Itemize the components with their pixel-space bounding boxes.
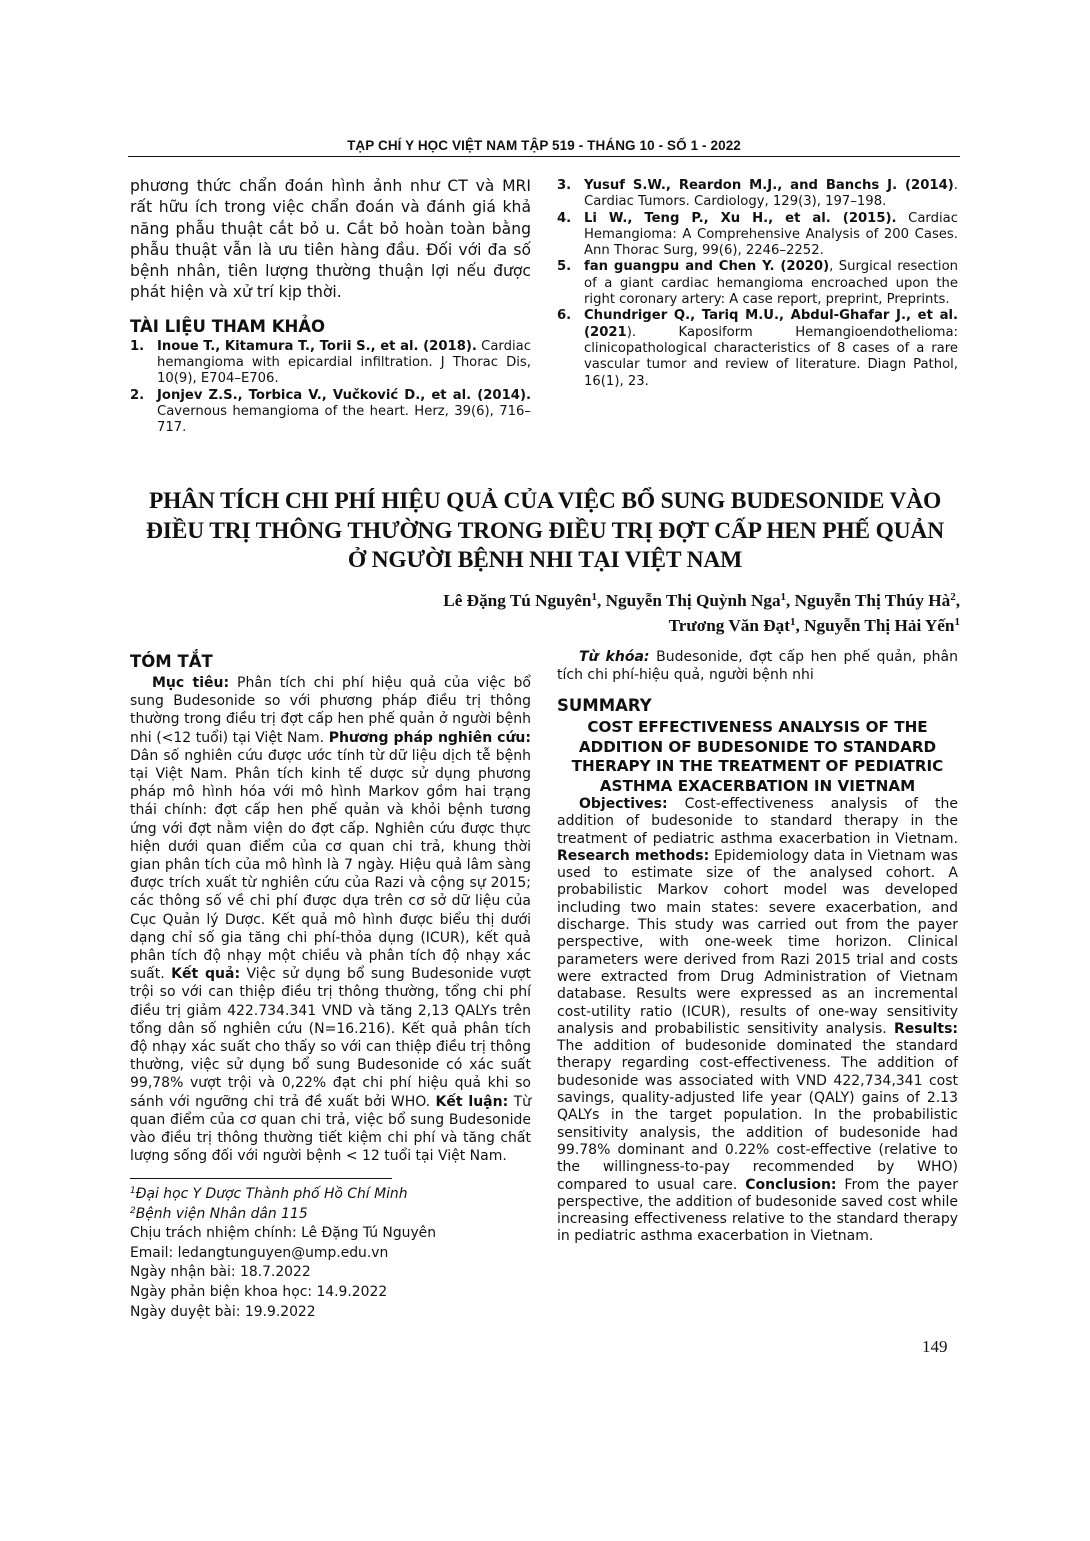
article-title-line: ĐIỀU TRỊ THÔNG THƯỜNG TRONG ĐIỀU TRỊ ĐỢT… [130,517,960,547]
keywords: Từ khóa: Budesonide, đợt cấp hen phế quả… [557,648,958,684]
label-methods: Phương pháp nghiên cứu: [329,730,531,746]
vietnamese-abstract: TÓM TẮT Mục tiêu: Phân tích chi phí hiệu… [130,652,531,1165]
english-title: COST EFFECTIVENESS ANALYSIS OF THE ADDIT… [557,718,958,796]
label-results: Kết quả: [171,966,240,982]
label-objectives: Objectives: [579,796,668,812]
label-results: Results: [894,1021,958,1037]
article-title: PHÂN TÍCH CHI PHÍ HIỆU QUẢ CỦA VIỆC BỔ S… [130,487,960,576]
corresponding-author: Chịu trách nhiệm chính: Lê Đặng Tú Nguyê… [130,1224,530,1244]
abstract-heading-vn: TÓM TẮT [130,652,531,672]
reference-item: 3. Yusuf S.W., Reardon M.J., and Banchs … [557,178,958,211]
reference-authors: Li W., Teng P., Xu H., et al. (2015). [584,211,897,226]
english-summary-column: Từ khóa: Budesonide, đợt cấp hen phế quả… [557,648,958,1246]
abstract-body-en: Objectives: Cost-effectiveness analysis … [557,796,958,1246]
label-conclusion: Conclusion: [745,1177,836,1193]
reference-item: 4. Li W., Teng P., Xu H., et al. (2015).… [557,211,958,260]
journal-running-header: TẠP CHÍ Y HỌC VIỆT NAM TẬP 519 - THÁNG 1… [128,138,960,157]
author-separator: , [786,591,795,610]
reference-item: 5. fan guangpu and Chen Y. (2020), Surgi… [557,259,958,308]
label-research-methods: Research methods: [557,848,709,864]
affiliation-text: Đại học Y Dược Thành phố Hồ Chí Minh [136,1186,408,1202]
author-name: Nguyễn Thị Quỳnh Nga [606,591,781,610]
abstract-body-vn: Mục tiêu: Phân tích chi phí hiệu quả của… [130,674,531,1165]
reference-number: 1. [130,339,144,355]
reference-authors: Inoue T., Kitamura T., Torii S., et al. … [157,339,477,354]
author-name: Lê Đặng Tú Nguyên [443,591,591,610]
author-separator: , [597,591,606,610]
page-number: 149 [922,1337,948,1357]
text-results: Việc sử dụng bổ sung Budesonide vượt trộ… [130,966,531,1109]
date-received: Ngày nhận bài: 18.7.2022 [130,1263,530,1283]
reference-authors: fan guangpu and Chen Y. (2020) [584,259,829,274]
affiliation-text: Bệnh viện Nhân dân 115 [136,1206,308,1222]
reference-list-right: 3. Yusuf S.W., Reardon M.J., and Banchs … [557,178,958,390]
reference-item: 6. Chundriger Q., Tariq M.U., Abdul-Ghaf… [557,308,958,389]
reference-number: 5. [557,259,571,275]
reference-number: 2. [130,388,144,404]
reference-authors: Jonjev Z.S., Torbica V., Vučković D., et… [157,388,531,403]
prev-article-left-column: phương thức chẩn đoán hình ảnh như CT và… [130,176,531,437]
prev-article-closing-paragraph: phương thức chẩn đoán hình ảnh như CT và… [130,176,531,304]
reference-details: ). Kaposiform Hemangioendothelioma: clin… [584,325,958,389]
affiliation-mark: 1 [955,616,961,628]
author-separator: , [956,591,960,610]
contact-email[interactable]: Email: ledangtunguyen@ump.edu.vn [130,1244,530,1264]
footnotes: 1Đại học Y Dược Thành phố Hồ Chí Minh 2B… [130,1185,530,1322]
reference-number: 4. [557,211,571,227]
text-results: The addition of budesonide dominated the… [557,1038,958,1192]
reference-item: 2. Jonjev Z.S., Torbica V., Vučković D.,… [130,388,531,437]
author-name: Nguyễn Thị Thúy Hà [795,591,951,610]
author-name: Trương Văn Đạt [669,616,790,635]
article-title-line: PHÂN TÍCH CHI PHÍ HIỆU QUẢ CỦA VIỆC BỔ S… [130,487,960,517]
label-keywords: Từ khóa: [579,649,650,665]
text-research-methods: Epidemiology data in Vietnam was used to… [557,848,958,1037]
author-name: Nguyễn Thị Hải Yến [804,616,954,635]
reference-authors: Yusuf S.W., Reardon M.J., and Banchs J. … [584,178,954,193]
prev-article-right-column: 3. Yusuf S.W., Reardon M.J., and Banchs … [557,178,958,390]
author-separator: , [795,616,804,635]
affiliation-2: 2Bệnh viện Nhân dân 115 [130,1205,530,1225]
author-list: Lê Đặng Tú Nguyên1, Nguyễn Thị Quỳnh Nga… [130,588,960,638]
reference-item: 1. Inoue T., Kitamura T., Torii S., et a… [130,339,531,388]
footnote-divider [130,1178,392,1179]
date-accepted: Ngày duyệt bài: 19.9.2022 [130,1303,530,1323]
reference-number: 3. [557,178,571,194]
text-methods: Dân số nghiên cứu được ước tính từ dữ li… [130,748,531,982]
references-heading: TÀI LIỆU THAM KHẢO [130,317,531,337]
label-objective: Mục tiêu: [152,675,229,691]
reference-details: Cavernous hemangioma of the heart. Herz,… [157,404,531,435]
date-reviewed: Ngày phản biện khoa học: 14.9.2022 [130,1283,530,1303]
affiliation-1: 1Đại học Y Dược Thành phố Hồ Chí Minh [130,1185,530,1205]
label-conclusion: Kết luận: [436,1094,509,1110]
reference-number: 6. [557,308,571,324]
reference-list-left: 1. Inoue T., Kitamura T., Torii S., et a… [130,339,531,437]
article-title-line: Ở NGƯỜI BỆNH NHI TẠI VIỆT NAM [130,546,960,576]
summary-heading: SUMMARY [557,696,958,716]
